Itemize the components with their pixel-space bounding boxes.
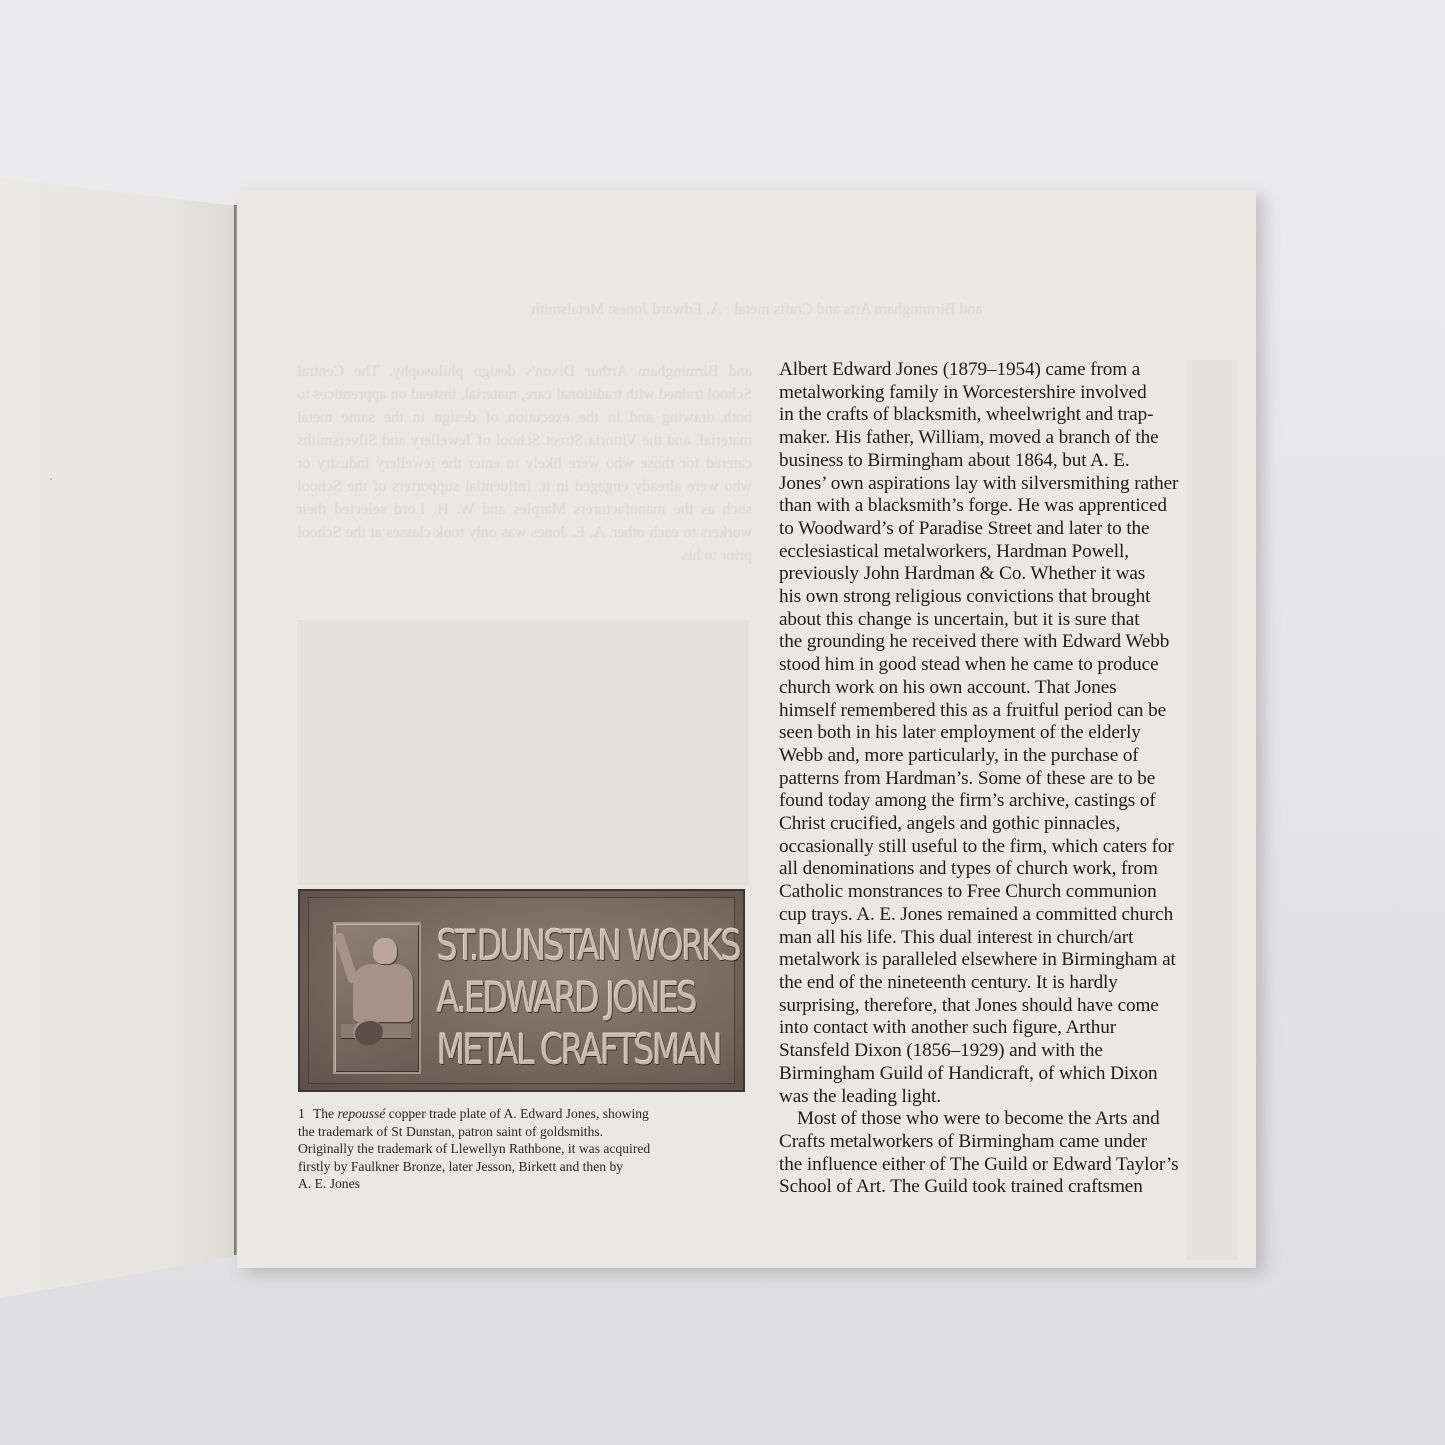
- body-line: all denominations and types of church wo…: [779, 858, 1241, 881]
- body-line: Albert Edward Jones (1879–1954) came fro…: [779, 359, 1241, 382]
- italic-term: repoussé: [338, 1106, 386, 1121]
- figure-caption: 1 The repoussé copper trade plate of A. …: [298, 1105, 748, 1193]
- body-line: metalworking family in Worcestershire in…: [779, 382, 1241, 405]
- body-line: cup trays. A. E. Jones remained a commit…: [779, 904, 1241, 927]
- body-line: Christ crucified, angels and gothic pinn…: [779, 813, 1241, 836]
- show-through-image: [297, 620, 749, 885]
- body-line: business to Birmingham about 1864, but A…: [779, 450, 1241, 473]
- caption-line-3: Originally the trademark of Llewellyn Ra…: [298, 1140, 748, 1158]
- body-line: Catholic monstrances to Free Church comm…: [779, 881, 1241, 904]
- paper-speck: [50, 478, 52, 480]
- plate-inscription: ST.DUNSTAN WORKS A.EDWARD JONES METAL CR…: [437, 920, 653, 1076]
- body-line: than with a blacksmith’s forge. He was a…: [779, 495, 1241, 518]
- plate-line-1: ST.DUNSTAN WORKS: [437, 920, 653, 972]
- body-line: seen both in his later employment of the…: [779, 722, 1241, 745]
- body-line: Jones’ own aspirations lay with silversm…: [779, 473, 1241, 496]
- body-line: in the crafts of blacksmith, wheelwright…: [779, 404, 1241, 427]
- body-line: the influence either of The Guild or Edw…: [779, 1154, 1241, 1177]
- body-line: man all his life. This dual interest in …: [779, 927, 1241, 950]
- body-line: Stansfeld Dixon (1856–1929) and with the: [779, 1040, 1241, 1063]
- body-line: found today among the firm’s archive, ca…: [779, 790, 1241, 813]
- body-line: Birmingham Guild of Handicraft, of which…: [779, 1063, 1241, 1086]
- plate-line-2: A.EDWARD JONES: [437, 972, 653, 1024]
- caption-line-5: A. E. Jones: [298, 1175, 748, 1193]
- left-page: [0, 178, 236, 1298]
- body-line: stood him in good stead when he came to …: [779, 654, 1241, 677]
- craftsman-head: [373, 938, 397, 964]
- body-line: School of Art. The Guild took trained cr…: [779, 1176, 1241, 1199]
- body-text-column: Albert Edward Jones (1879–1954) came fro…: [779, 359, 1241, 1199]
- body-line: occasionally still useful to the firm, w…: [779, 836, 1241, 859]
- paragraph-start-line: Most of those who were to become the Art…: [779, 1108, 1241, 1131]
- body-line: ecclesiastical metalworkers, Hardman Pow…: [779, 541, 1241, 564]
- caption-line-2: the trademark of St Dunstan, patron sain…: [298, 1123, 748, 1141]
- body-line: patterns from Hardman’s. Some of these a…: [779, 768, 1241, 791]
- body-line: surprising, therefore, that Jones should…: [779, 995, 1241, 1018]
- body-line: his own strong religious convictions tha…: [779, 586, 1241, 609]
- body-line: the end of the nineteenth century. It is…: [779, 972, 1241, 995]
- caption-line-1: 1 The repoussé copper trade plate of A. …: [298, 1105, 748, 1123]
- trade-plate-figure: ST.DUNSTAN WORKS A.EDWARD JONES METAL CR…: [298, 889, 745, 1092]
- craftsman-figure: [353, 964, 413, 1022]
- body-line: about this change is uncertain, but it i…: [779, 609, 1241, 632]
- body-line: Webb and, more particularly, in the purc…: [779, 745, 1241, 768]
- figure-number: 1: [298, 1106, 305, 1121]
- copper-plate: ST.DUNSTAN WORKS A.EDWARD JONES METAL CR…: [308, 897, 735, 1084]
- body-line: Crafts metalworkers of Birmingham came u…: [779, 1131, 1241, 1154]
- body-line: to Woodward’s of Paradise Street and lat…: [779, 518, 1241, 541]
- show-through-running-head: and Birmingham Arts and Crafts metal · A…: [447, 298, 1067, 322]
- body-line: previously John Hardman & Co. Whether it…: [779, 563, 1241, 586]
- body-line: was the leading light.: [779, 1086, 1241, 1109]
- show-through-column: and Birmingham Arthur Dixon's design phi…: [297, 360, 752, 610]
- body-line: into contact with another such figure, A…: [779, 1017, 1241, 1040]
- plate-line-3: METAL CRAFTSMAN: [437, 1024, 653, 1076]
- body-line: maker. His father, William, moved a bran…: [779, 427, 1241, 450]
- caption-line-4: firstly by Faulkner Bronze, later Jesson…: [298, 1158, 748, 1176]
- chalice-bowl: [353, 1019, 383, 1045]
- body-line: the grounding he received there with Edw…: [779, 631, 1241, 654]
- body-line: church work on his own account. That Jon…: [779, 677, 1241, 700]
- st-dunstan-relief-icon: [333, 922, 421, 1074]
- body-line: himself remembered this as a fruitful pe…: [779, 700, 1241, 723]
- body-line: metalwork is paralleled elsewhere in Bir…: [779, 949, 1241, 972]
